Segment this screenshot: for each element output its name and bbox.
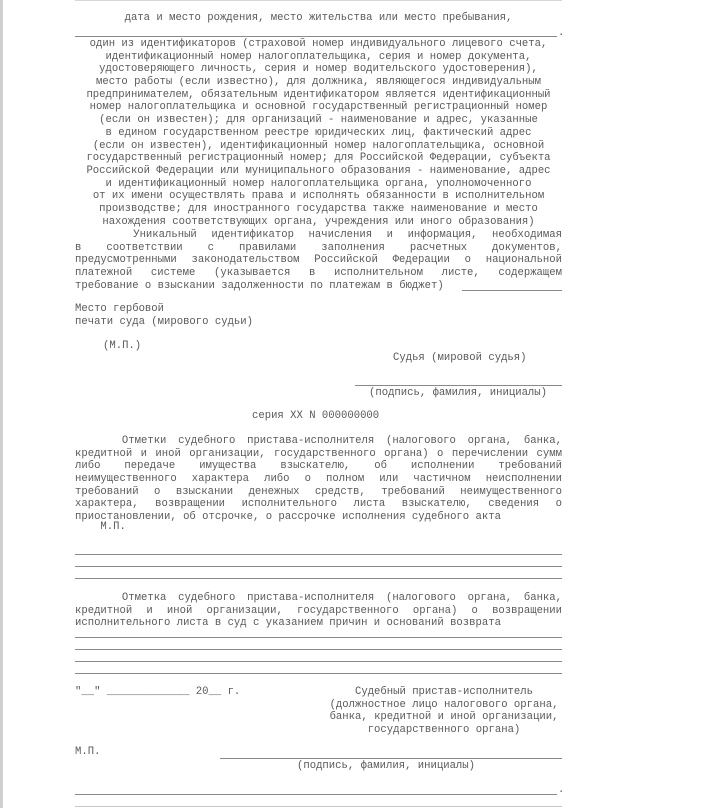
identifiers-line: нахождения соответствующих органа, учреж…: [75, 216, 562, 229]
identifiers-line: производстве; для иностранного государст…: [75, 203, 562, 216]
bailiff-title-line: государственного органа): [325, 724, 563, 737]
identifiers-line: номер налогоплательщика и основной госуд…: [75, 101, 562, 114]
identifiers-line: предпринимателем, обязательным идентифик…: [75, 89, 562, 102]
bailiff-title-line: банка, кредитной и иной организации,: [325, 711, 563, 724]
bailiff-marks-fill-line-3[interactable]: [75, 578, 562, 579]
judge-signature-line[interactable]: [355, 385, 562, 386]
seal-place-line-2: печати суда (мирового судьи): [75, 316, 253, 328]
identifiers-line: один из идентификаторов (страховой номер…: [75, 38, 562, 51]
identifiers-line: место работы (если известно), для должни…: [75, 76, 562, 89]
identifiers-block: один из идентификаторов (страховой номер…: [75, 38, 562, 228]
series-number: серия XX N 000000000: [252, 410, 379, 422]
final-period: .: [558, 784, 564, 796]
identifiers-line: удостоверяющего личность, серия и номер …: [75, 63, 562, 76]
seal-mp: (М.П.): [103, 340, 141, 352]
identifiers-line: Российской Федерации или муниципального …: [75, 165, 562, 178]
final-signature-line[interactable]: [220, 758, 562, 759]
bailiff-marks-fill-line-1[interactable]: [75, 554, 562, 555]
bailiff-title-line: Судебный пристав-исполнитель: [325, 686, 563, 699]
header-fill-line: [75, 36, 557, 37]
identifiers-line: государственный регистрационный номер; д…: [75, 152, 562, 165]
bailiff-marks-block: Отметки судебного пристава-исполнителя (…: [75, 435, 562, 524]
identifiers-line: в едином государственном реестре юридиче…: [75, 127, 562, 140]
uin-line: Уникальный идентификатор начисления и ин…: [75, 229, 562, 242]
judge-title: Судья (мировой судья): [393, 352, 527, 364]
final-fill-line[interactable]: [75, 794, 557, 795]
identifiers-line: от их имени осуществлять права и исполня…: [75, 190, 562, 203]
return-mark-line: Отметка судебного пристава-исполнителя (…: [75, 592, 562, 605]
final-mp: М.П.: [75, 746, 100, 758]
return-mark-fill-line-2[interactable]: [75, 649, 562, 650]
bailiff-marks-line: неимущественного характера либо о полном…: [75, 473, 562, 486]
bailiff-marks-line: кредитной и иной организации, государств…: [75, 448, 562, 461]
return-mark-fill-line-3[interactable]: [75, 661, 562, 662]
uin-line: в соответствии с правилами заполнения ра…: [75, 242, 562, 255]
uin-line: платежной системе (указывается в исполни…: [75, 267, 562, 280]
identifiers-line: идентификационный номер налогоплательщик…: [75, 51, 562, 64]
bailiff-marks-line: требований о взыскании денежных средств,…: [75, 486, 562, 499]
identifiers-line: и идентификационный номер налогоплательщ…: [75, 178, 562, 191]
final-signature-caption: (подпись, фамилия, инициалы): [297, 760, 475, 772]
return-mark-fill-line-1[interactable]: [75, 637, 562, 638]
bailiff-marks-mp: М.П.: [75, 521, 126, 533]
uin-block: Уникальный идентификатор начисления и ин…: [75, 229, 562, 292]
bailiff-title-line: (должностное лицо налогового органа,: [325, 699, 563, 712]
top-rule: [75, 0, 562, 1]
uin-line: предусмотренными законодательством Росси…: [75, 254, 562, 267]
page-left-border: [0, 0, 3, 808]
date-line[interactable]: "__" _____________ 20__ г.: [75, 686, 240, 698]
header-line: дата и место рождения, место жительства …: [75, 12, 562, 24]
bailiff-marks-line: приостановлении, об отсрочке, о рассрочк…: [75, 511, 562, 524]
bottom-rule: [75, 806, 562, 807]
return-mark-line: исполнительного листа в суд с указанием …: [75, 617, 562, 630]
bailiff-title-block: Судебный пристав-исполнитель (должностно…: [325, 686, 563, 737]
return-mark-fill-line-4[interactable]: [75, 673, 562, 674]
uin-fill-line[interactable]: [462, 290, 562, 291]
seal-place-line-1: Место гербовой: [75, 303, 164, 315]
bailiff-marks-line: характера, возвращении исполнительного л…: [75, 498, 562, 511]
return-mark-line: кредитной и иной организации, государств…: [75, 605, 562, 618]
bailiff-marks-fill-line-2[interactable]: [75, 566, 562, 567]
bailiff-marks-line: Отметки судебного пристава-исполнителя (…: [75, 435, 562, 448]
identifiers-line: (если он известен), идентификационный но…: [75, 140, 562, 153]
judge-signature-caption: (подпись, фамилия, инициалы): [369, 387, 547, 399]
return-mark-block: Отметка судебного пристава-исполнителя (…: [75, 592, 562, 630]
bailiff-marks-line: либо передаче имущества взыскателю, об и…: [75, 460, 562, 473]
identifiers-line: (если он известен); для организаций - на…: [75, 114, 562, 127]
